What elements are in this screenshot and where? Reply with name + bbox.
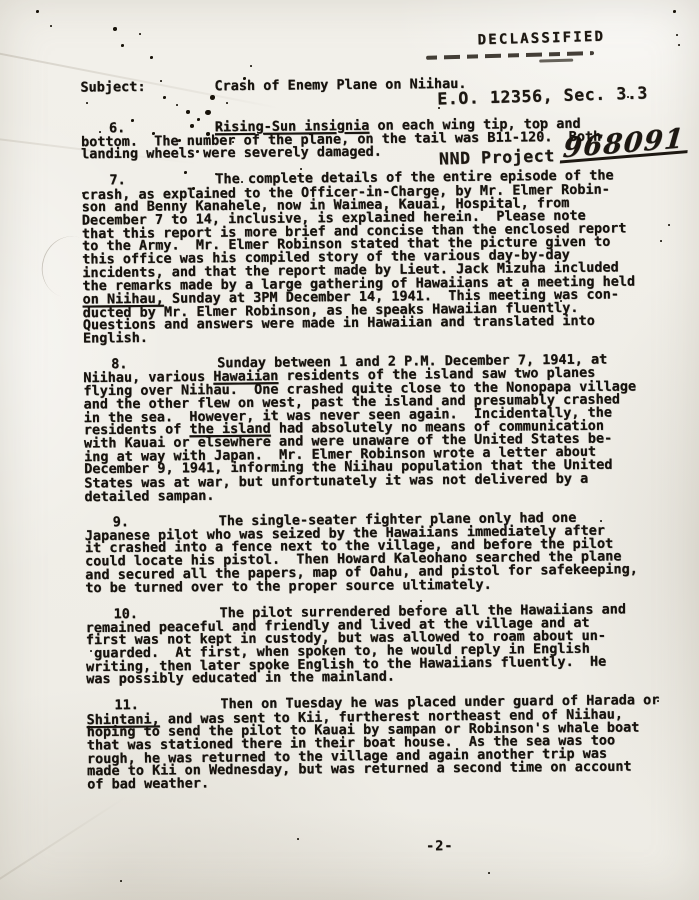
scanned-document-page: DECLASSIFIED E.O. 12356, Sec. 3.3 NND Pr… bbox=[0, 0, 699, 900]
subject-title: Crash of Enemy Plane on Niihau. bbox=[214, 76, 466, 94]
paragraph: 6.Rising-Sun insignia on each wing tip, … bbox=[81, 117, 681, 162]
stamp-smear-line bbox=[539, 59, 573, 62]
stamp-declassified-line: DECLASSIFIED bbox=[435, 25, 685, 51]
subject-row: Subject:Crash of Enemy Plane on Niihau. bbox=[80, 76, 466, 96]
paragraphs: 6.Rising-Sun insignia on each wing tip, … bbox=[81, 117, 688, 805]
paragraph-line: to be turned over to the proper source u… bbox=[85, 577, 685, 595]
paragraph-line: was possibly educated in the mainland. bbox=[86, 668, 686, 686]
document-content: DECLASSIFIED E.O. 12356, Sec. 3.3 NND Pr… bbox=[0, 0, 699, 900]
subject-label: Subject: bbox=[80, 78, 214, 95]
paragraph-line: landing wheels were severely damaged. bbox=[81, 143, 681, 161]
page-number: -2- bbox=[400, 838, 480, 855]
paragraph: 7.The complete details of the entire epi… bbox=[81, 169, 683, 346]
paragraph-line: detailed sampan. bbox=[84, 484, 684, 504]
paragraph: 10.The pilot surrendered before all the … bbox=[86, 602, 687, 687]
stamp-eo-line: E.O. 12356, Sec. 3.3 bbox=[437, 82, 687, 108]
paragraph: 9.The single-seater fighter plane only h… bbox=[85, 511, 686, 596]
paragraph: 8.Sunday between 1 and 2 P.M. December 7… bbox=[83, 353, 684, 503]
paragraph: 11.Then on Tuesday he was placed under g… bbox=[86, 694, 687, 792]
